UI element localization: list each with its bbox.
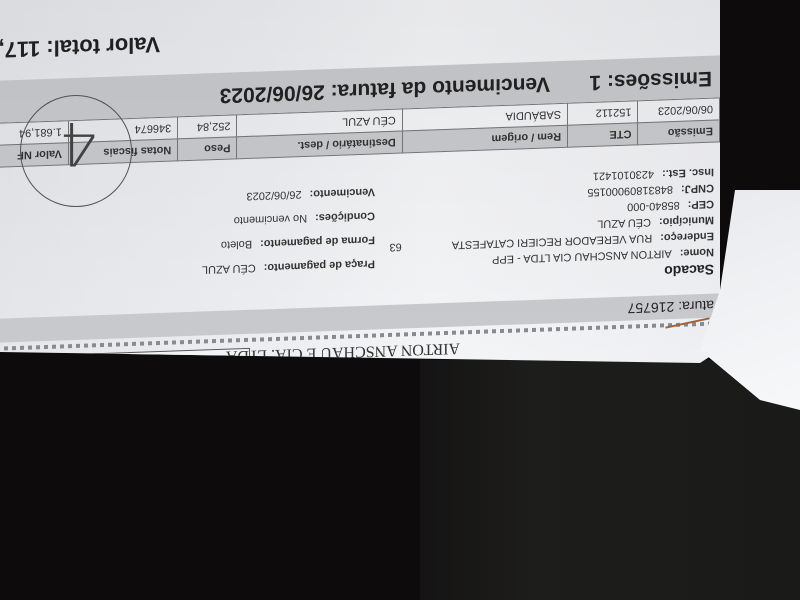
numero-label: NÚMERO xyxy=(208,358,243,368)
fatura-label: atura: 216757 xyxy=(628,298,714,317)
municipio-row: Município:CÉU AZUL xyxy=(597,214,714,230)
insc-row: Insc. Est.:4230101421 xyxy=(593,166,714,182)
condicoes-row: Condições:No vencimento xyxy=(234,209,375,226)
vencimento-row: Vencimento:26/06/2023 xyxy=(247,185,375,201)
cep-row: CEP:85840-000 xyxy=(627,198,714,213)
cnpj-row: CNPJ:84831809000155 xyxy=(587,182,714,198)
handwritten-number: 4 xyxy=(59,108,97,178)
vencimento-fatura-label: Vencimento da fatura: 26/06/2023 xyxy=(220,71,550,107)
dark-surface xyxy=(420,360,800,600)
valor-total: Valor total: 117,7 xyxy=(0,31,160,63)
forma-row: Forma de pagamento:Boleto xyxy=(221,233,375,250)
handwritten-circle: 4 xyxy=(20,95,132,207)
fatura-number: 216757 xyxy=(628,299,675,317)
nfe-number-box: NF-e NÚMERO 346674 xyxy=(8,348,250,402)
sacado-title: Sacado xyxy=(664,262,714,280)
nfe-label: NF-e xyxy=(19,375,57,397)
emissoes-label: Emissões: 1 xyxy=(589,66,712,94)
invoice-paper: RECEBEMOS DE CAERMUN INDUSTRIA E COMÉRCI… xyxy=(0,0,720,365)
numero-value: 346674 xyxy=(131,355,179,375)
praca-row: Praça de pagamento:CÉU AZUL xyxy=(202,257,375,275)
